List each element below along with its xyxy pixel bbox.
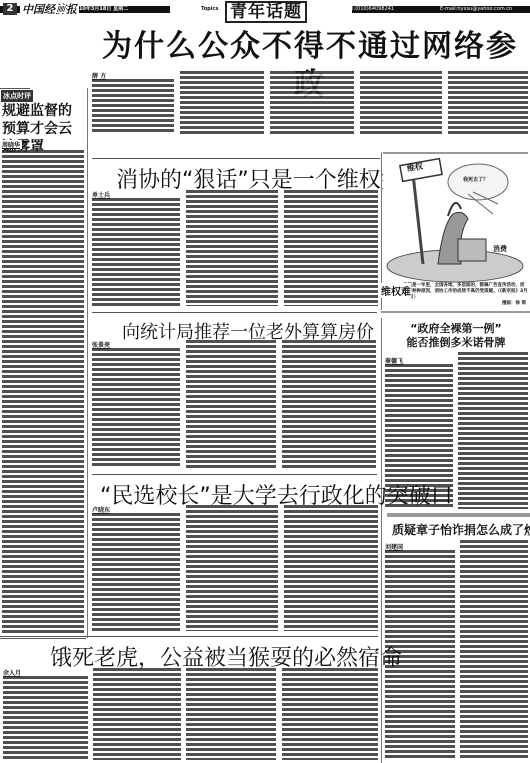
left-col-top-rule [0, 88, 30, 89]
left-col-divider [87, 88, 88, 638]
tongji-text-col-2 [186, 340, 276, 468]
xiexie-text-col-1 [92, 198, 180, 306]
cartoon-title: 维权难 [381, 283, 411, 298]
gongyi-text-col-2 [93, 668, 181, 760]
cartoon-drawing-icon [383, 154, 528, 292]
masthead-slashes: ///// [56, 5, 66, 13]
cartoon-illustration: 维权 我死去了？ 消费 [383, 152, 528, 292]
zhiyi-text-col-2 [460, 540, 528, 760]
contact-email: E-mail:hyxsu@yahoo.com.cn [440, 6, 512, 13]
xiaozhang-text-col-2 [186, 505, 278, 631]
tongji-text-col-1 [92, 348, 180, 468]
topics-label: Topics [201, 6, 218, 13]
page-number: 2 [3, 3, 17, 15]
section-title: 青年话题 [225, 1, 307, 23]
zhengfu-headline-line-1: “政府全裸第一例” [384, 322, 528, 336]
gongyi-text-col-3 [186, 668, 276, 760]
tongji-top-rule [92, 312, 377, 313]
editor-info: 本版编辑/李 雨 Tel:(010)64098241 [312, 6, 394, 13]
lead-text-col-5 [448, 71, 528, 134]
issue-date: 2010年3月18日 星期二 [72, 6, 128, 13]
zhiyi-headline: 质疑章子怡诈捐怎么成了炒作 [392, 521, 530, 538]
lead-text-col-1 [92, 79, 174, 134]
zhiyi-divider [381, 513, 382, 763]
left-col-bottom-rule [0, 638, 86, 639]
lead-text-col-4 [360, 71, 442, 134]
xiaozhang-text-col-3 [284, 505, 378, 631]
newspaper-logo: 中国经济报 [20, 1, 79, 17]
zhiyi-top-band [387, 513, 530, 517]
gongyi-text-col-1 [3, 676, 88, 760]
left-col-tag: 冰点时评 [1, 90, 33, 102]
xiexie-text-col-2 [186, 190, 278, 306]
xiaozhang-top-rule [92, 474, 377, 475]
lead-text-col-2 [180, 71, 264, 134]
left-col-text [2, 150, 84, 635]
zhengfu-headline: “政府全裸第一例” 能否推倒多米诺骨牌 [384, 322, 528, 350]
lead-text-col-3 [270, 71, 354, 134]
zhengfu-headline-line-2: 能否推倒多米诺骨牌 [384, 336, 528, 350]
gongyi-top-rule [0, 636, 378, 637]
cartoon-bottom-rule [381, 311, 530, 313]
lead-headline: 为什么公众不得不通过网络参政 [90, 28, 530, 66]
gongyi-text-col-4 [282, 668, 378, 760]
zhengfu-text-col-2 [458, 352, 528, 509]
cartoon-bubble-text: 我死去了？ [463, 176, 488, 183]
xiexie-top-rule [92, 158, 380, 159]
xiaozhang-text-col-1 [92, 513, 180, 631]
left-col-byline: 周晓华 [2, 140, 22, 149]
xiexie-text-col-3 [284, 190, 378, 306]
cartoon-credit: 漫画：徐 简 [502, 301, 526, 307]
tongji-text-col-3 [282, 340, 376, 468]
cartoon-label: 消费 [493, 244, 507, 254]
